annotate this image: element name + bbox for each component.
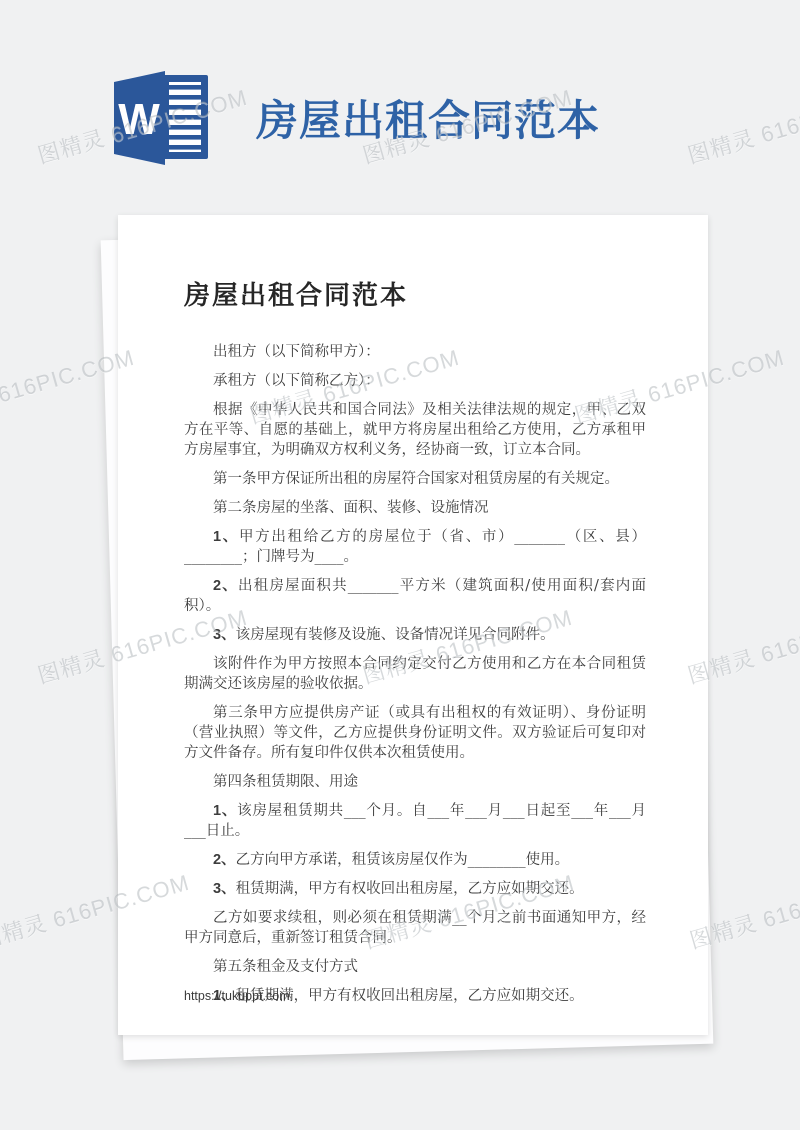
doc-paragraph: 3、该房屋现有装修及设施、设备情况详见合同附件。 [184,625,646,645]
doc-paragraph: 第三条甲方应提供房产证（或具有出租权的有效证明）、身份证明（营业执照）等文件，乙… [184,703,646,763]
paragraph-number: 2、 [213,852,236,868]
doc-paragraph: 乙方如要求续租，则必须在租赁期满__个月之前书面通知甲方，经甲方同意后，重新签订… [184,908,646,948]
doc-paragraph: 第五条租金及支付方式 [184,957,646,977]
doc-paragraph: 第二条房屋的坐落、面积、装修、设施情况 [184,498,646,518]
watermark-text: 图精灵 616PIC.COM [684,81,800,171]
word-logo-icon: W [112,68,212,168]
paragraph-number: 1、 [213,529,239,545]
word-logo-letter: W [118,95,160,144]
doc-paragraph: 承租方（以下简称乙方）： [184,371,646,391]
paragraph-number: 3、 [213,881,236,897]
paragraph-number: 2、 [213,578,238,594]
doc-paragraph: 该附件作为甲方按照本合同约定交付乙方使用和乙方在本合同租赁期满交还该房屋的验收依… [184,654,646,694]
doc-paragraph: 3、租赁期满，甲方有权收回出租房屋，乙方应如期交还。 [184,879,646,899]
document-title: 房屋出租合同范本 [184,275,646,312]
document-footer-link: https://tukuppt.com [184,989,290,1003]
page-background: W 房屋出租合同范本 房屋出租合同范本 出租方（以下简称甲方）：承租方（以下简称… [0,0,800,1130]
doc-paragraph: 根据《中华人民共和国合同法》及相关法律法规的规定，甲、乙双方在平等、自愿的基础上… [184,400,646,460]
doc-paragraph: 2、乙方向甲方承诺，租赁该房屋仅作为________使用。 [184,850,646,870]
document-body: 出租方（以下简称甲方）：承租方（以下简称乙方）：根据《中华人民共和国合同法》及相… [184,342,646,1006]
doc-paragraph: 第四条租赁期限、用途 [184,772,646,792]
paragraph-number: 3、 [213,627,236,643]
page-title: 房屋出租合同范本 [256,88,600,148]
header: W 房屋出租合同范本 [112,68,600,168]
document-page: 房屋出租合同范本 出租方（以下简称甲方）：承租方（以下简称乙方）：根据《中华人民… [118,215,708,1035]
doc-paragraph: 2、出租房屋面积共_______平方米（建筑面积/使用面积/套内面积）。 [184,576,646,616]
doc-paragraph: 1、该房屋租赁期共___个月。自___年___月___日起至___年___月__… [184,801,646,841]
paragraph-number: 1、 [213,803,237,819]
doc-paragraph: 第一条甲方保证所出租的房屋符合国家对租赁房屋的有关规定。 [184,469,646,489]
doc-paragraph: 出租方（以下简称甲方）： [184,342,646,362]
doc-paragraph: 1、甲方出租给乙方的房屋位于（省、市）_______（区、县）________；… [184,527,646,567]
